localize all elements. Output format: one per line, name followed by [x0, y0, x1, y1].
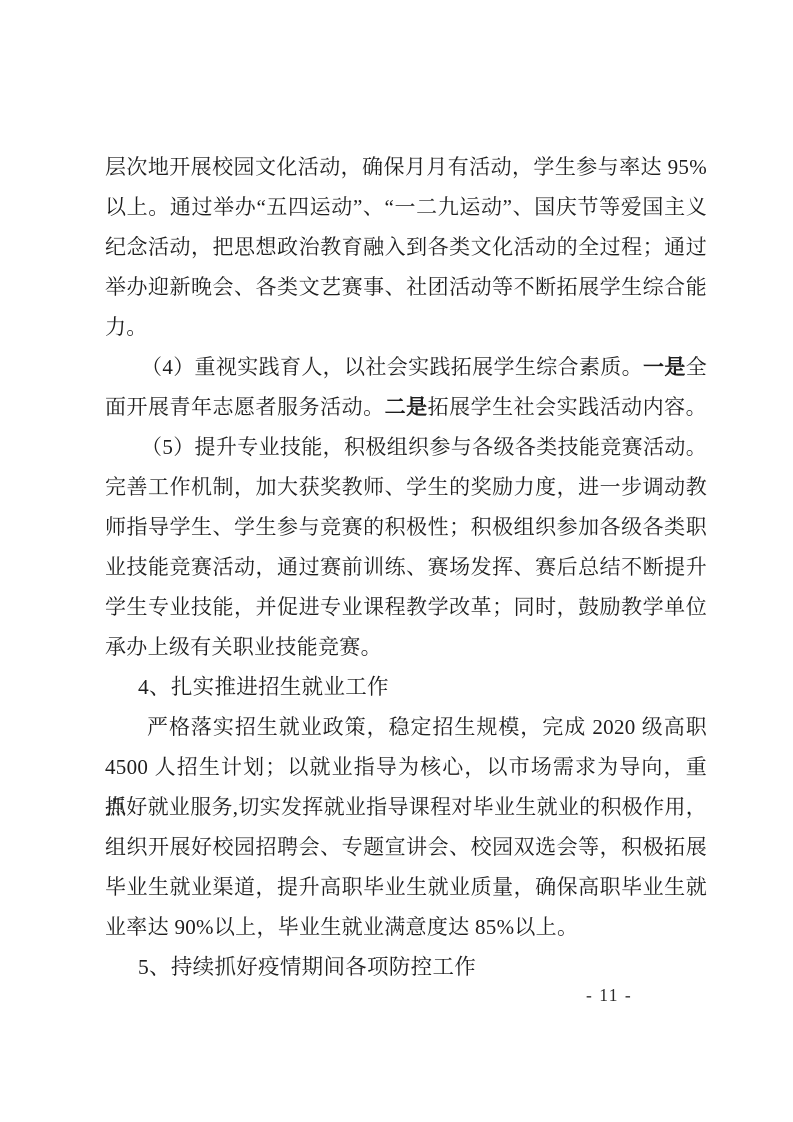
text-line: 层次地开展校园文化活动，确保月月有活动，学生参与率达 95% [105, 147, 707, 187]
text-segment: 拓展学生社会实践活动内容。 [428, 395, 707, 419]
text-line: 组织开展好校园招聘会、专题宣讲会、校园双选会等，积极拓展 [105, 827, 707, 867]
text-line: 举办迎新晚会、各类文艺赛事、社团活动等不断拓展学生综合能 [105, 267, 707, 307]
text-line: 学生专业技能，并促进专业课程教学改革；同时，鼓励教学单位 [105, 587, 707, 627]
text-line: 纪念活动，把思想政治教育融入到各类文化活动的全过程；通过 [105, 227, 707, 267]
text-line: 师指导学生、学生参与竞赛的积极性；积极组织参加各级各类职 [105, 507, 707, 547]
text-segment: 面开展青年志愿者服务活动。 [105, 395, 385, 419]
text-line: 抓好就业服务,切实发挥就业指导课程对毕业生就业的积极作用， [105, 787, 707, 827]
text-segment: （4）重视实践育人，以社会实践拓展学生综合素质。 [141, 355, 643, 379]
document-body: 层次地开展校园文化活动，确保月月有活动，学生参与率达 95% 以上。通过举办“五… [105, 147, 707, 987]
document-page: 层次地开展校园文化活动，确保月月有活动，学生参与率达 95% 以上。通过举办“五… [0, 0, 793, 1122]
text-line: 业率达 90%以上，毕业生就业满意度达 85%以上。 [105, 907, 707, 947]
emphasis-bold: 二是 [385, 396, 428, 419]
text-line: 以上。通过举办“五四运动”、“一二九运动”、国庆节等爱国主义 [105, 187, 707, 227]
text-line: （5）提升专业技能，积极组织参与各级各类技能竞赛活动。 [105, 427, 707, 467]
text-line: 力。 [105, 307, 707, 347]
page-number: - 11 - [586, 983, 632, 1007]
text-line: 承办上级有关职业技能竞赛。 [105, 627, 707, 667]
text-segment: 全 [686, 355, 707, 379]
text-line: 完善工作机制，加大获奖教师、学生的奖励力度，进一步调动教 [105, 467, 707, 507]
text-line: 严格落实招生就业政策，稳定招生规模，完成 2020 级高职 [105, 707, 707, 747]
emphasis-bold: 一是 [643, 356, 686, 379]
text-line: 毕业生就业渠道，提升高职毕业生就业质量，确保高职毕业生就 [105, 867, 707, 907]
section-heading: 5、持续抓好疫情期间各项防控工作 [105, 947, 707, 987]
section-heading: 4、扎实推进招生就业工作 [105, 667, 707, 707]
text-line: 面开展青年志愿者服务活动。二是拓展学生社会实践活动内容。 [105, 387, 707, 427]
text-line: 4500 人招生计划；以就业指导为核心，以市场需求为导向，重点 [105, 747, 707, 787]
text-line: 业技能竞赛活动，通过赛前训练、赛场发挥、赛后总结不断提升 [105, 547, 707, 587]
text-line: （4）重视实践育人，以社会实践拓展学生综合素质。一是全 [105, 347, 707, 387]
